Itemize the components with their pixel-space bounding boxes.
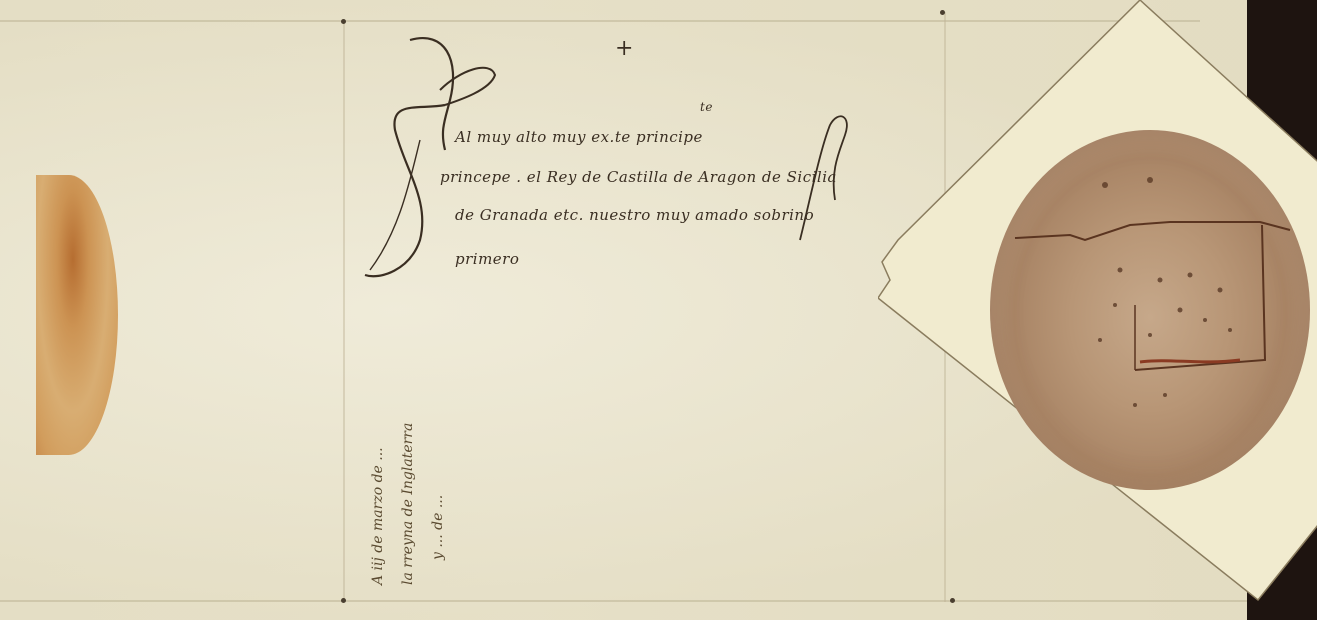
address-line-2: princepe . el Rey de Castilla de Aragon … (440, 168, 837, 186)
address-line-4: primero (455, 250, 519, 268)
address-line-1: Al muy alto muy ex.te principe (455, 128, 703, 146)
wax-stain-remnant (36, 175, 118, 455)
address-superscript: te (700, 100, 713, 114)
margin-note-line-2: la rreyna de Inglaterra (400, 423, 416, 585)
address-line-3: de Granada etc. nuestro muy amado sobrin… (455, 206, 814, 224)
margin-note-line-3: y ... de ... (430, 495, 446, 560)
fold-line-left (343, 20, 345, 600)
pin-mark (341, 19, 346, 24)
seal-crack-icon (990, 130, 1310, 490)
wax-seal (990, 130, 1310, 490)
margin-note-line-1: A iij de marzo de ... (370, 447, 386, 585)
flourish-s-icon (790, 110, 870, 250)
manuscript-page: + te Al muy alto muy ex.te principe prin… (0, 0, 1317, 620)
cross-mark: + (615, 38, 633, 60)
pin-mark (341, 598, 346, 603)
